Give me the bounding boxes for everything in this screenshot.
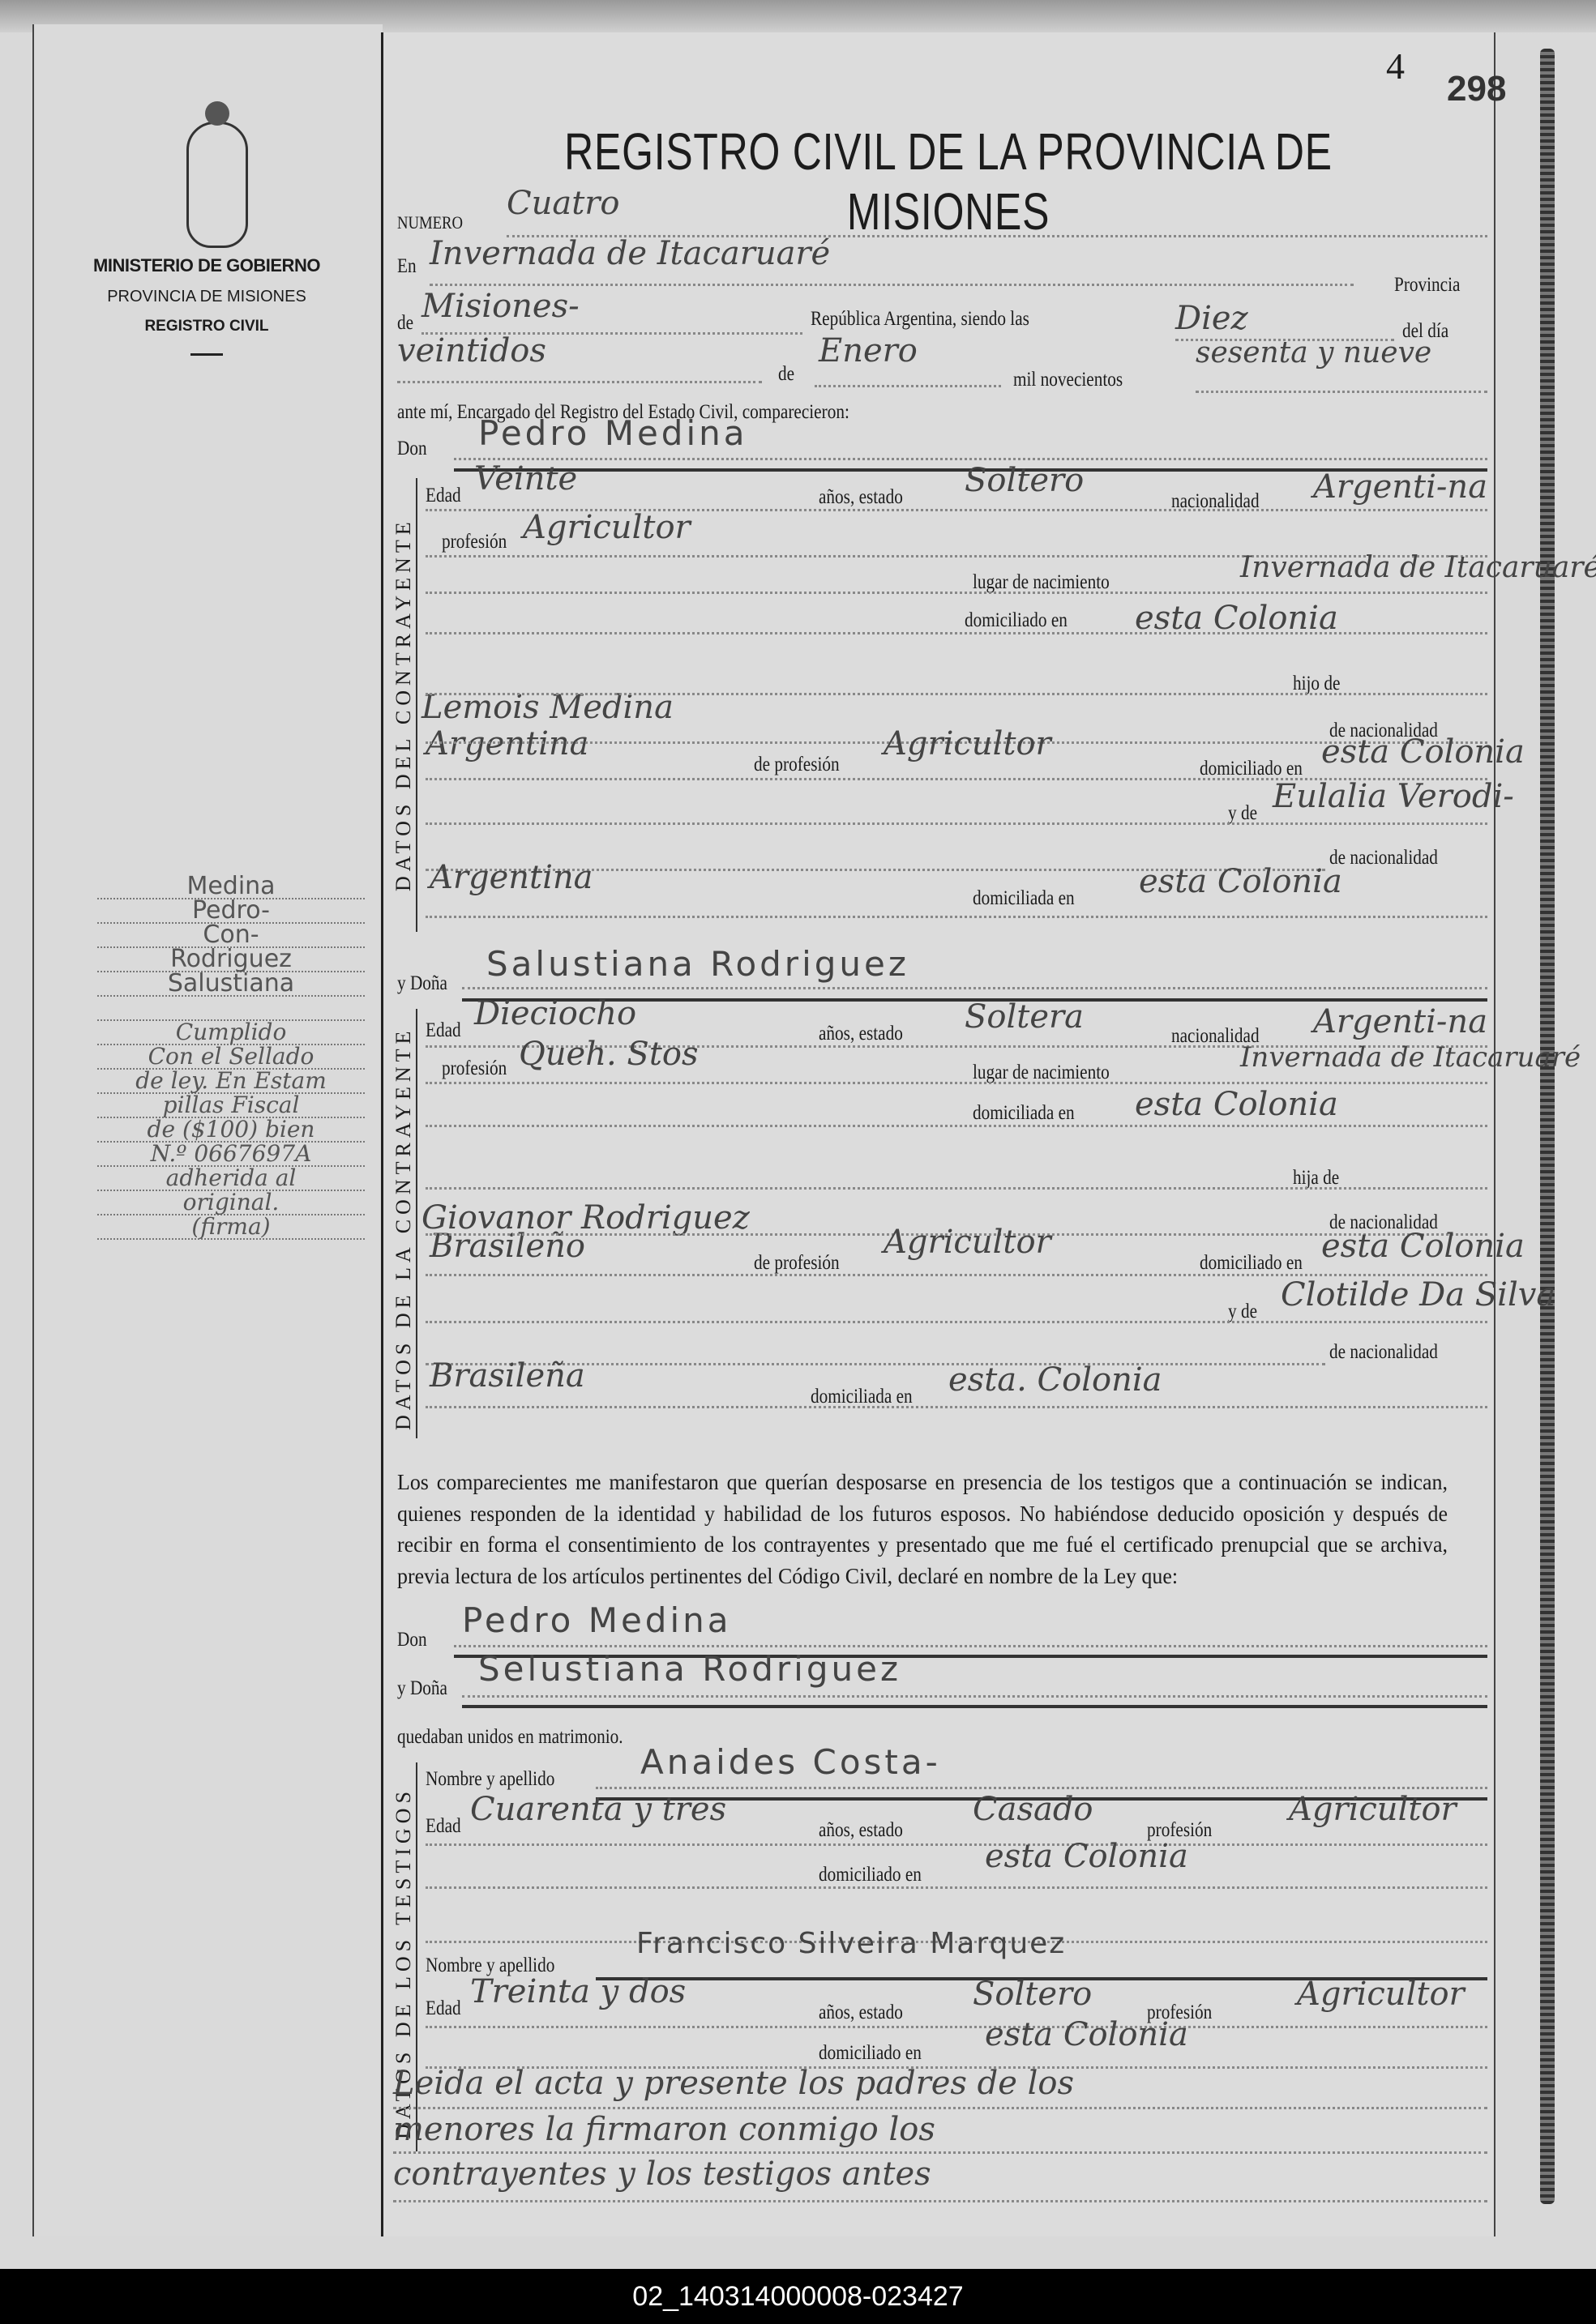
groom-mother: Eulalia Verodi- [1273, 778, 1514, 815]
edad-label: Edad [426, 1815, 461, 1838]
bride-birthplace: Invernada de Itacaruaré [1240, 1041, 1581, 1074]
witness-1-domicile: esta Colonia [985, 1838, 1188, 1875]
estado-label: años, estado [819, 486, 903, 509]
document-page: MINISTERIO DE GOBIERNO PROVINCIA DE MISI… [0, 0, 1596, 2269]
margin-note-line: pillas Fiscal [97, 1094, 365, 1118]
field-line [426, 1187, 1487, 1190]
field-line [426, 1125, 1487, 1127]
witness-name-label: Nombre y apellido [426, 1768, 554, 1791]
domicilio-label: domiciliado en [819, 1864, 922, 1886]
bride-age: Dieciocho [474, 995, 636, 1032]
field-line [426, 1843, 1487, 1846]
field-line [426, 1321, 1487, 1323]
bride-father-domicile: esta Colonia [1321, 1228, 1525, 1265]
madre-nac-label: de nacionalidad [1329, 1341, 1438, 1364]
day-value: veintidos [397, 332, 546, 370]
field-line [596, 1787, 1487, 1789]
groom-mother-nationality: Argentina [430, 859, 593, 896]
witness-2-status: Soltero [973, 1976, 1092, 2013]
witness-2-profession: Agricultor [1297, 1976, 1465, 2013]
field-line [1196, 391, 1487, 393]
closing-note-line: Leida el acta y presente los padres de l… [393, 2065, 1074, 2102]
bride-mother-domicile: esta. Colonia [948, 1361, 1162, 1399]
registry-name: REGISTRO CIVIL [32, 318, 381, 335]
page-edge [1540, 49, 1555, 2204]
don-label: Don [397, 1629, 427, 1651]
signature: (firma) [97, 1215, 365, 1240]
margin-note-line: Con el Sellado [97, 1045, 365, 1070]
field-line [426, 592, 1487, 594]
groom-age: Veinte [474, 460, 577, 498]
provincia-label: Provincia [1394, 274, 1460, 297]
estado-label: años, estado [819, 1819, 903, 1842]
witness-2-name: Francisco Silveira Marquez [636, 1927, 1066, 1960]
witness-1-profession: Agricultor [1289, 1791, 1457, 1828]
lugar-label: lugar de nacimiento [973, 1062, 1110, 1084]
margin-note-line [97, 997, 365, 1021]
closing-note-line: menores la firmaron conmigo los [393, 2111, 935, 2148]
estado-label: años, estado [819, 2001, 903, 2024]
bride-mother: Clotilde Da Silva [1281, 1276, 1555, 1314]
numero-label: NUMERO [397, 212, 463, 233]
year-value: sesenta y nueve [1196, 336, 1431, 370]
section-bracket [416, 478, 417, 932]
witness-1-age: Cuarenta y tres [470, 1791, 726, 1828]
witness-1-status: Casado [973, 1791, 1093, 1828]
groom-father-domicile: esta Colonia [1321, 733, 1525, 771]
field-line [426, 916, 1487, 918]
bride-section-label: DATOS DE LA CONTRAYENTE [392, 1027, 416, 1430]
domicilio-label: domiciliado en [819, 2042, 922, 2065]
profesion-label: profesión [442, 531, 507, 553]
divider [190, 353, 223, 356]
madre-dom-label: domiciliada en [973, 887, 1075, 910]
ministry-name: MINISTERIO DE GOBIERNO [32, 255, 381, 276]
republica-label: República Argentina, siendo las [811, 308, 1029, 331]
province-name: PROVINCIA DE MISIONES [32, 288, 381, 306]
field-line [426, 1082, 1487, 1084]
field-line [454, 458, 1487, 460]
married-groom-name: Pedro Medina [462, 1600, 731, 1640]
dona-label: y Doña [397, 1677, 447, 1700]
witness-2-age: Treinta y dos [470, 1973, 686, 2010]
don-label: Don [397, 438, 427, 460]
bride-domicile: esta Colonia [1135, 1086, 1338, 1123]
field-line [815, 385, 1001, 387]
field-line [393, 2200, 1487, 2202]
groom-section-label: DATOS DEL CONTRAYENTE [392, 517, 416, 891]
bride-status: Soltera [965, 998, 1084, 1036]
field-line [426, 693, 1487, 695]
page-number: 4 [1386, 45, 1405, 88]
witness-2-domicile: esta Colonia [985, 2016, 1188, 2053]
bride-mother-nationality: Brasileña [430, 1357, 585, 1395]
mil-novecientos-label: mil novecientos [1013, 369, 1123, 391]
domicilio-label: domiciliada en [973, 1102, 1075, 1125]
padre-dom-label: domiciliado en [1200, 758, 1303, 780]
field-line [430, 284, 1354, 286]
field-line [426, 2026, 1487, 2028]
bride-father-profession: Agricultor [884, 1224, 1051, 1261]
field-line [462, 1695, 1487, 1698]
field-line [462, 987, 1487, 989]
month-value: Enero [819, 332, 918, 370]
province-value: Misiones- [421, 288, 580, 325]
folio-stamp: 298 [1447, 69, 1506, 109]
field-line [393, 2151, 1487, 2154]
profesion-label: profesión [442, 1057, 507, 1080]
ministry-header: MINISTERIO DE GOBIERNO PROVINCIA DE MISI… [32, 255, 381, 356]
edad-label: Edad [426, 1997, 461, 2020]
margin-note-line: original. [97, 1191, 365, 1215]
field-line [426, 1886, 1487, 1889]
margin-note-line: Salustiana [97, 972, 365, 997]
closing-phrase: quedaban unidos en matrimonio. [397, 1726, 623, 1749]
married-bride-name: Selustiana Rodriguez [478, 1649, 901, 1689]
hija-label: hija de [1293, 1167, 1339, 1190]
section-bracket [416, 1009, 417, 1438]
madre-dom-label: domiciliada en [811, 1386, 913, 1408]
groom-birthplace: Invernada de Itacaruaré [1240, 551, 1596, 584]
margin-note-line: Cumplido [97, 1021, 365, 1045]
padre-prof-label: de profesión [754, 1252, 840, 1275]
groom-father-nationality: Argentina [426, 725, 589, 763]
groom-name: Pedro Medina [478, 413, 747, 453]
groom-father-profession: Agricultor [884, 725, 1051, 763]
witness-1-name: Anaides Costa- [640, 1742, 941, 1782]
hour-value: Diez [1175, 300, 1248, 337]
padre-prof-label: de profesión [754, 754, 840, 776]
bride-profession: Queh. Stos [519, 1036, 699, 1073]
margin-note-line: de ley. En Estam [97, 1070, 365, 1094]
field-line [397, 381, 762, 383]
madre-nac-label: de nacionalidad [1329, 847, 1438, 869]
argentine-coat-of-arms-icon [186, 122, 248, 248]
de-label: de [397, 312, 413, 335]
domicilio-label: domiciliado en [965, 609, 1068, 632]
image-id-footer: 02_140314000008-023427 [0, 2269, 1596, 2324]
declaration-text: Los comparecientes me manifestaron que q… [397, 1467, 1448, 1591]
numero-value: Cuatro [507, 185, 620, 222]
y-de-label: y de [1228, 802, 1257, 825]
dona-label: y Doña [397, 972, 447, 995]
margin-note-line: N.º 0667697A [97, 1143, 365, 1167]
field-line [426, 632, 1487, 634]
estado-label: años, estado [819, 1023, 903, 1045]
edad-label: Edad [426, 1019, 461, 1042]
groom-mother-domicile: esta Colonia [1139, 863, 1342, 900]
margin-note: Medina Pedro- Con- Rodriguez Salustiana … [97, 875, 365, 1240]
bride-nationality: Argenti-na [1313, 1003, 1487, 1040]
page-title: REGISTRO CIVIL DE LA PROVINCIA DE MISION… [537, 122, 1359, 241]
bride-name: Salustiana Rodriguez [486, 944, 909, 984]
hijo-label: hijo de [1293, 673, 1340, 695]
closing-note-line: contrayentes y los testigos antes [393, 2155, 931, 2193]
locality-value: Invernada de Itacaruaré [430, 235, 830, 272]
margin-note-line: de ($100) bien [97, 1118, 365, 1143]
de-mes-label: de [778, 363, 794, 386]
section-divider [462, 1705, 1487, 1708]
field-line [426, 1406, 1487, 1408]
groom-profession: Agricultor [523, 509, 691, 546]
padre-dom-label: domiciliado en [1200, 1252, 1303, 1275]
field-line [426, 822, 1487, 825]
margin-note-line: adherida al [97, 1167, 365, 1191]
groom-status: Soltero [965, 462, 1084, 499]
field-line [454, 1645, 1487, 1647]
lugar-label: lugar de nacimiento [973, 571, 1110, 594]
groom-nationality: Argenti-na [1313, 468, 1487, 506]
en-label: En [397, 255, 417, 278]
y-de-label: y de [1228, 1301, 1257, 1323]
edad-label: Edad [426, 485, 461, 507]
field-line [393, 2107, 1487, 2109]
